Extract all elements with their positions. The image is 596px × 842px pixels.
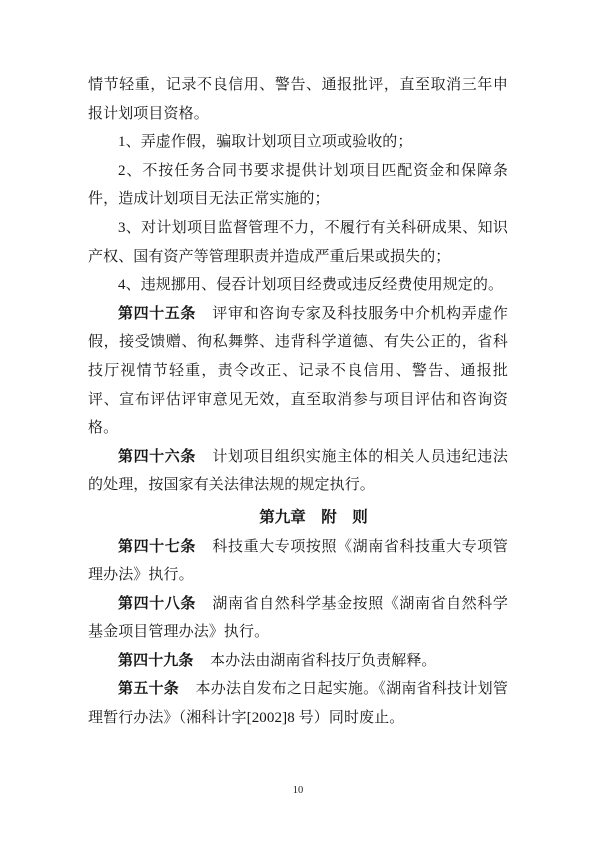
list-item-4: 4、违规挪用、侵吞计划项目经费或违反经费使用规定的。: [88, 271, 508, 300]
paragraph-text: 3、对计划项目监督管理不力，不履行有关科研成果、知识产权、国有资产等管理职责并造…: [88, 220, 508, 265]
paragraph-text: 1、弄虚作假，骗取计划项目立项或验收的；: [118, 134, 413, 150]
paragraph-text: 情节轻重，记录不良信用、警告、通报批评，直至取消三年申报计划项目资格。: [88, 77, 508, 122]
list-item-1: 1、弄虚作假，骗取计划项目立项或验收的；: [88, 128, 508, 157]
article-number: 第四十五条: [118, 306, 196, 322]
article-47: 第四十七条科技重大专项按照《湖南省科技重大专项管理办法》执行。: [88, 533, 508, 590]
paragraph-text: 2、不按任务合同书要求提供计划项目匹配资金和保障条件，造成计划项目无法正常实施的…: [88, 163, 508, 208]
list-item-3: 3、对计划项目监督管理不力，不履行有关科研成果、知识产权、国有资产等管理职责并造…: [88, 214, 508, 271]
article-number: 第四十七条: [118, 539, 196, 555]
article-46: 第四十六条计划项目组织实施主体的相关人员违纪违法的处理，按国家有关法律法规的规定…: [88, 443, 508, 500]
chapter-heading: 第九章 附 则: [88, 504, 508, 533]
article-49: 第四十九条本办法由湖南省科技厅负责解释。: [88, 647, 508, 676]
article-48: 第四十八条湖南省自然科学基金按照《湖南省自然科学基金项目管理办法》执行。: [88, 590, 508, 647]
article-number: 第四十九条: [118, 653, 194, 669]
article-number: 第四十八条: [118, 596, 196, 612]
article-text: 本办法由湖南省科技厅负责解释。: [210, 653, 437, 669]
article-50: 第五十条本办法自发布之日起实施。《湖南省科技计划管理暂行办法》（湘科计字[200…: [88, 675, 508, 732]
paragraph-continuation: 情节轻重，记录不良信用、警告、通报批评，直至取消三年申报计划项目资格。: [88, 71, 508, 128]
document-content: 情节轻重，记录不良信用、警告、通报批评，直至取消三年申报计划项目资格。 1、弄虚…: [88, 71, 508, 733]
paragraph-text: 4、违规挪用、侵吞计划项目经费或违反经费使用规定的。: [118, 277, 503, 293]
page-number: 10: [0, 785, 596, 796]
article-number: 第四十六条: [118, 449, 196, 465]
document-page: 情节轻重，记录不良信用、警告、通报批评，直至取消三年申报计划项目资格。 1、弄虚…: [0, 0, 596, 842]
article-text: 评审和咨询专家及科技服务中介机构弄虚作假，接受馈赠、徇私舞弊、违背科学道德、有失…: [88, 306, 508, 436]
list-item-2: 2、不按任务合同书要求提供计划项目匹配资金和保障条件，造成计划项目无法正常实施的…: [88, 157, 508, 214]
article-45: 第四十五条评审和咨询专家及科技服务中介机构弄虚作假，接受馈赠、徇私舞弊、违背科学…: [88, 300, 508, 443]
article-number: 第五十条: [118, 681, 179, 697]
